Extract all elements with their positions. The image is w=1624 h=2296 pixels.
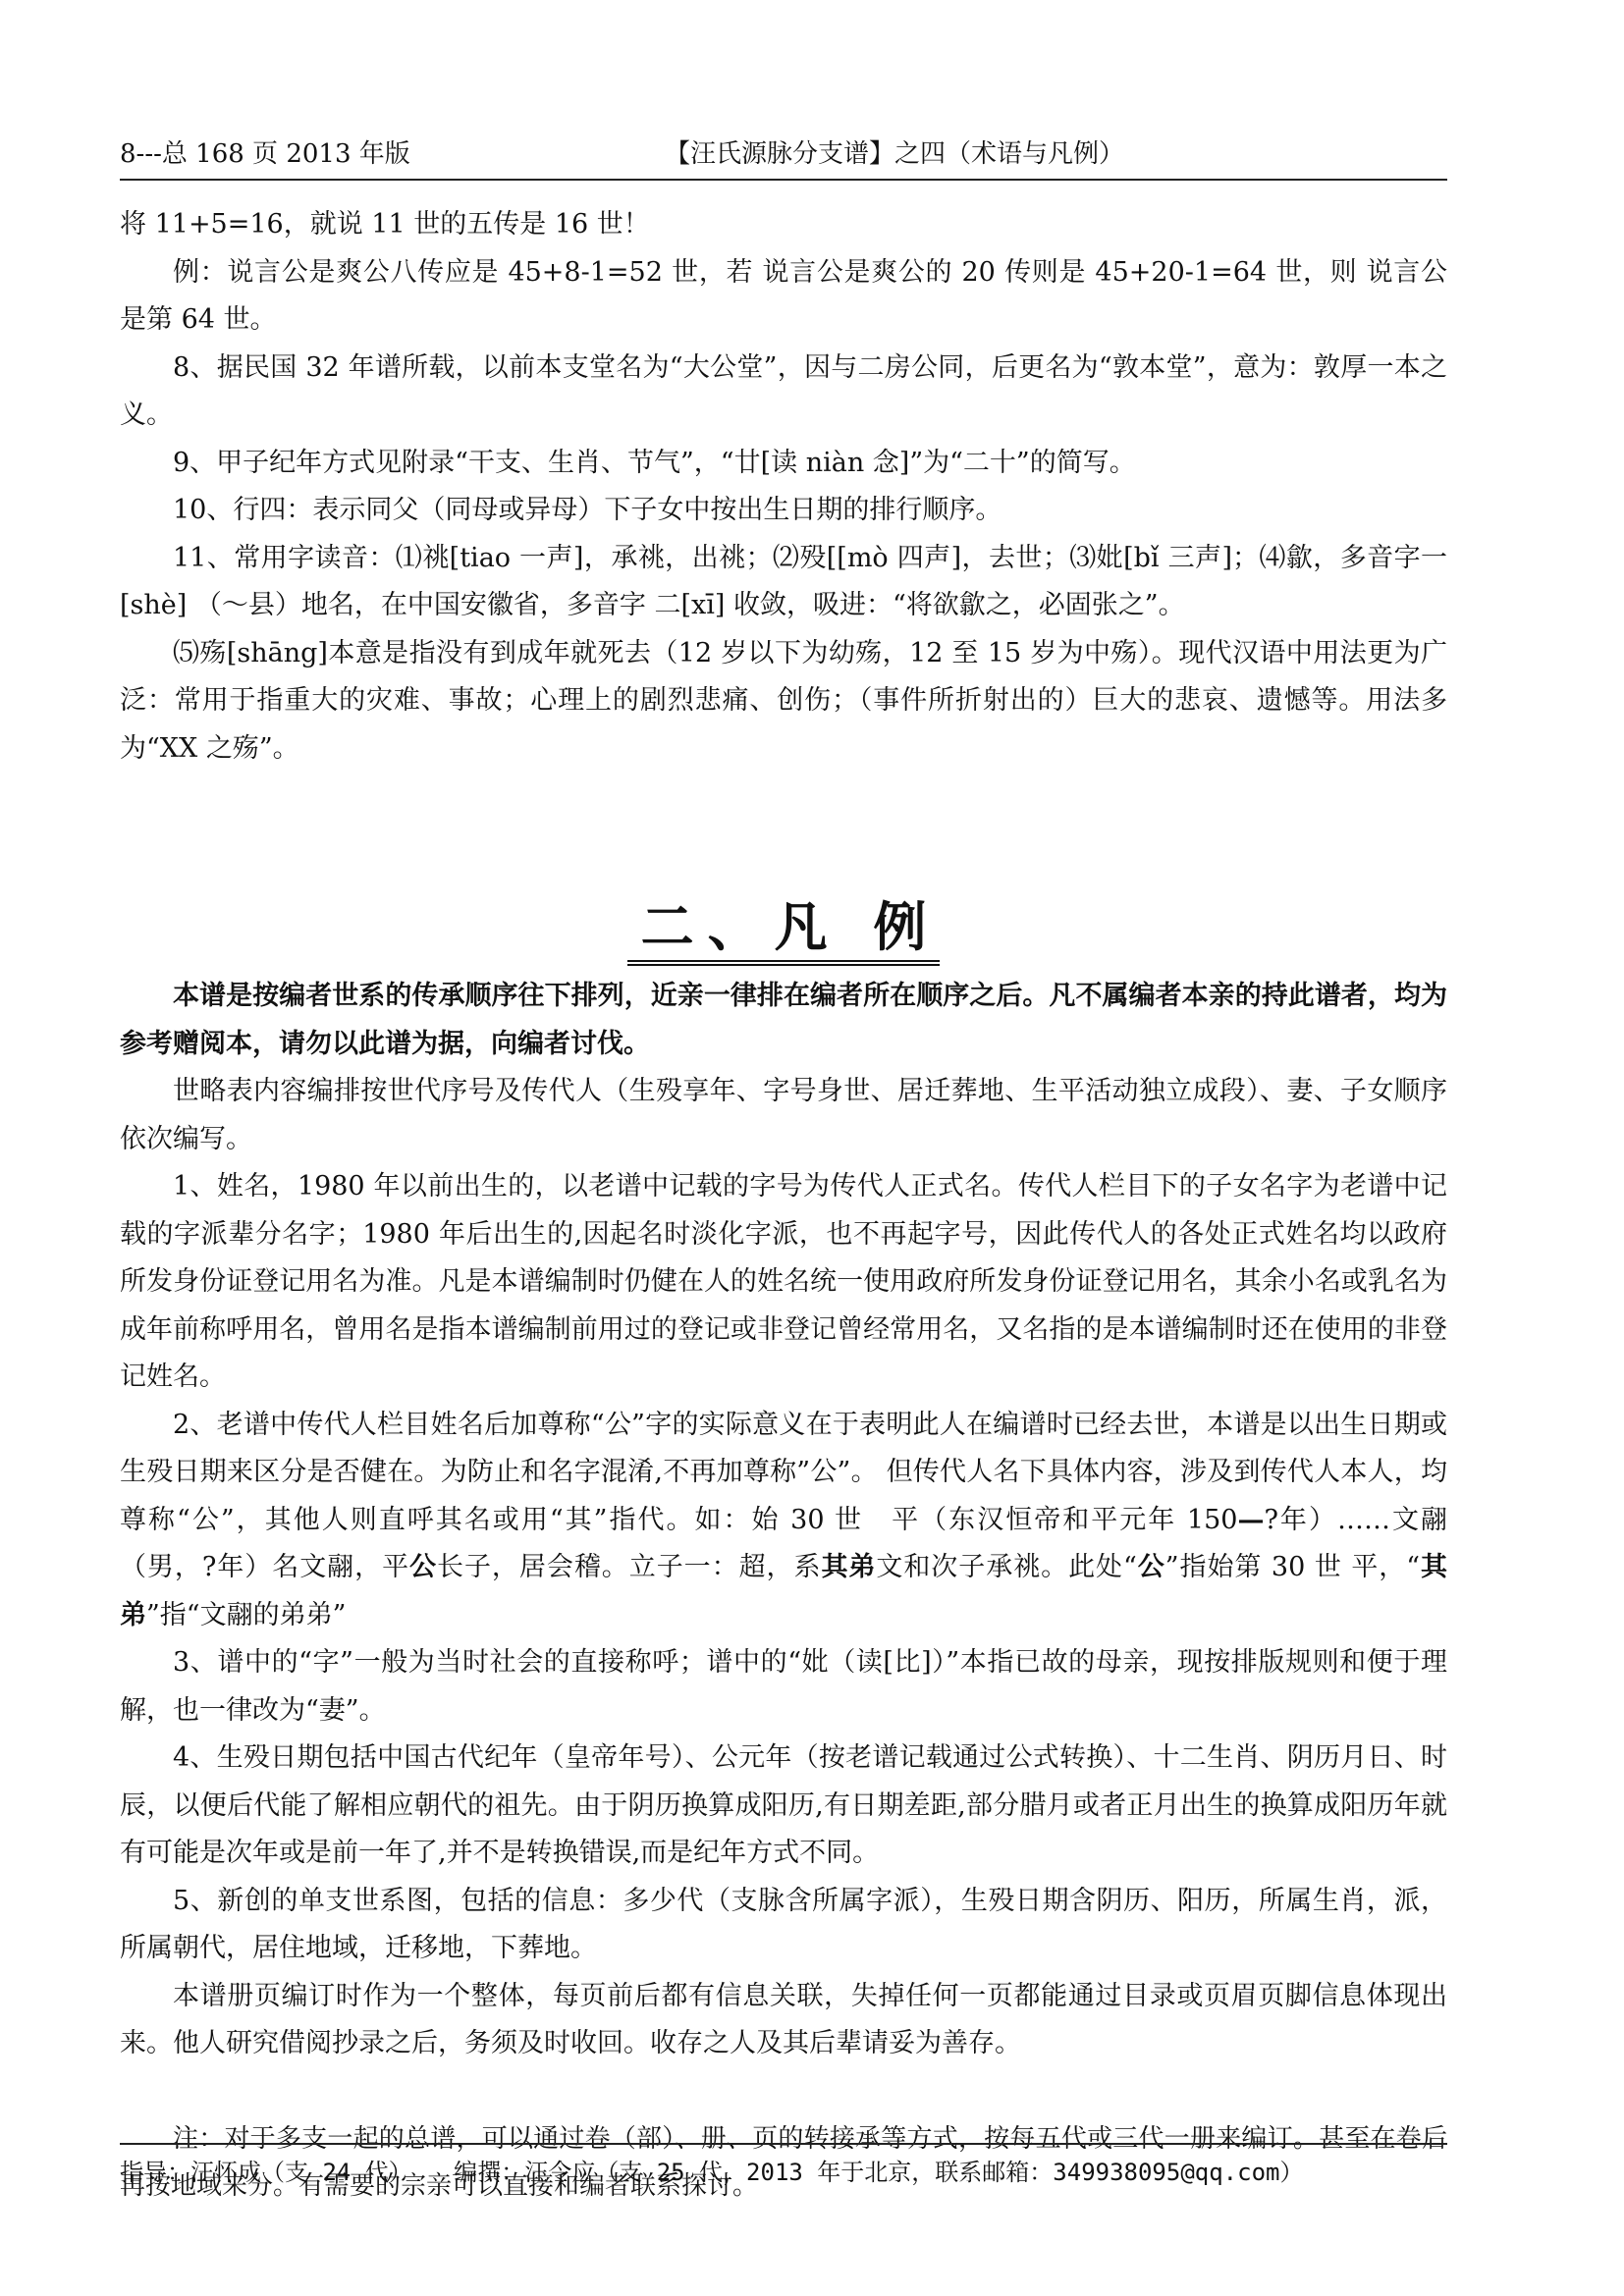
footer-guide: 指导：汪怀成（支 24 代） [120, 2159, 412, 2186]
paragraph: 11、常用字读音：⑴祧[tiao 一声]，承祧，出祧；⑵殁[[mò 四声]，去世… [120, 535, 1447, 630]
section-title-text: 二、凡 例 [627, 896, 941, 966]
paragraph: ⑸殇[shāng]本意是指没有到成年就死去（12 岁以下为幼殇，12 至 15 … [120, 630, 1447, 774]
paragraph: 将 11+5=16，就说 11 世的五传是 16 世！ [120, 201, 1447, 249]
spacer [120, 773, 1447, 888]
section-title: 二、凡 例 [120, 888, 1447, 967]
paragraph: 4、生殁日期包括中国古代纪年（皇帝年号）、公元年（按老谱记载通过公式转换）、十二… [120, 1735, 1447, 1878]
text-run: 文和次子承祧。此处“ [876, 1552, 1136, 1582]
text-run: ”指“文翮的弟弟” [146, 1600, 346, 1630]
text-run: ”指始第 30 世 平，“ [1165, 1552, 1420, 1582]
document-title: 【汪氏源脉分支谱】之四（术语与凡例） [665, 133, 1124, 170]
footer-editor: 编撰：汪令应（支 25 代，2013 年于北京，联系邮箱：349938095@q… [454, 2159, 1303, 2186]
text-run-bold: 其弟 [821, 1552, 876, 1582]
paragraph: 3、谱中的“字”一般为当时社会的直接称呼；谱中的“妣（读[比]）”本指已故的母亲… [120, 1639, 1447, 1735]
paragraph: 本谱册页编订时作为一个整体，每页前后都有信息关联，失掉任何一页都能通过目录或页眉… [120, 1973, 1447, 2068]
disclaimer-paragraph: 本谱是按编者世系的传承顺序往下排列，近亲一律排在编者所在顺序之后。凡不属编者本亲… [120, 973, 1447, 1068]
text-run-bold: — [1237, 1505, 1264, 1535]
paragraph: 9、甲子纪年方式见附录“干支、生肖、节气”，“廿[读 niàn 念]”为“二十”… [120, 440, 1447, 488]
paragraph: 8、据民国 32 年谱所载，以前本支堂名为“大公堂”，因与二房公同，后更名为“敦… [120, 345, 1447, 440]
paragraph: 例：说言公是爽公八传应是 45+8-1=52 世，若 说言公是爽公的 20 传则… [120, 249, 1447, 345]
page-header: 8---总 168 页 2013 年版 【汪氏源脉分支谱】之四（术语与凡例） [120, 133, 1447, 181]
paragraph: 2、老谱中传代人栏目姓名后加尊称“公”字的实际意义在于表明此人在编谱时已经去世，… [120, 1402, 1447, 1640]
page-content: 将 11+5=16，就说 11 世的五传是 16 世！ 例：说言公是爽公八传应是… [120, 201, 1447, 2211]
paragraph: 世略表内容编排按世代序号及传代人（生殁享年、字号身世、居迁葬地、生平活动独立成段… [120, 1068, 1447, 1163]
paragraph: 10、行四：表示同父（同母或异母）下子女中按出生日期的排行顺序。 [120, 487, 1447, 535]
text-run-bold: 公 [409, 1552, 437, 1582]
page-footer: 指导：汪怀成（支 24 代） 编撰：汪令应（支 25 代，2013 年于北京，联… [120, 2143, 1447, 2187]
text-run: 长子，居会稽。立子一：超，系 [437, 1552, 821, 1582]
spacer [120, 2068, 1447, 2115]
paragraph: 5、新创的单支世系图，包括的信息：多少代（支脉含所属字派），生殁日期含阴历、阳历… [120, 1878, 1447, 1973]
paragraph: 1、姓名，1980 年以前出生的，以老谱中记载的字号为传代人正式名。传代人栏目下… [120, 1163, 1447, 1402]
text-run-bold: 公 [1137, 1552, 1165, 1582]
page-number-label: 8---总 168 页 2013 年版 [120, 133, 410, 170]
